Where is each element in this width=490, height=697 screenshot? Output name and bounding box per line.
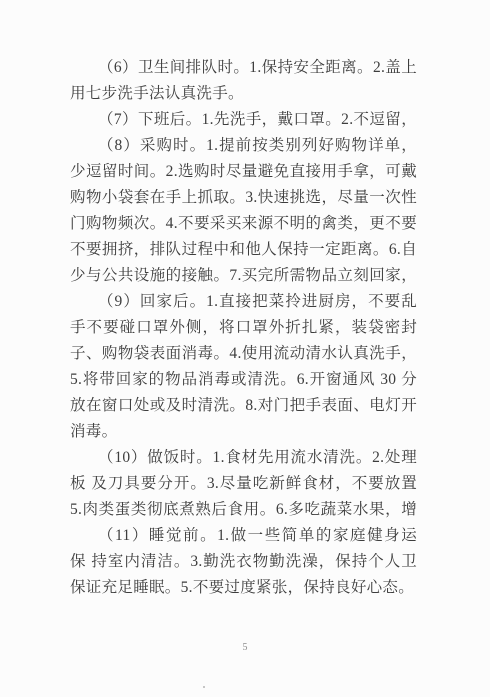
text-line: 5.肉类蛋类彻底煮熟后食用。6.多吃蔬菜水果，增加营养。 [70, 497, 417, 523]
text-line: 放在窗口处或及时清洗。8.对门把手表面、电灯开关、手机、钥匙等 [70, 393, 417, 419]
scan-artifact-speck [203, 686, 205, 688]
paragraph-item-11: （11）睡觉前。1.做一些简单的家庭健身运动。2.勤打扫卫生， 保 持室内清洁。… [70, 523, 417, 601]
text-line: （7）下班后。1.先洗手，戴口罩。2.不逗留，不聚会。 [70, 107, 417, 133]
document-page: （6）卫生间排队时。1.保持安全距离。2.盖上马桶盖再冲水。3. 用七步洗手法认… [0, 0, 490, 697]
text-line: 少与公共设施的接触。7.买完所需物品立刻回家，不逗留。 [70, 263, 417, 289]
paragraph-item-10: （10）做饭时。1.食材先用流水清洗。2.处理生食和熟食的切菜 板 及刀具要分开… [70, 445, 417, 523]
paragraph-item-8: （8）采购时。1.提前按类别列好购物详单，以便精准选购，减 少逗留时间。2.选购… [70, 133, 417, 289]
text-line: 不要拥挤，排队过程中和他人保持一定距离。6.自备购物袋，尽量减 [70, 237, 417, 263]
text-line: 少逗留时间。2.选购时尽量避免直接用手拿，可戴手套，或将超市的 [70, 159, 417, 185]
paragraph-item-6: （6）卫生间排队时。1.保持安全距离。2.盖上马桶盖再冲水。3. 用七步洗手法认… [70, 55, 417, 107]
document-text-block: （6）卫生间排队时。1.保持安全距离。2.盖上马桶盖再冲水。3. 用七步洗手法认… [70, 55, 417, 601]
text-line: 门购物频次。4.不要采买来源不明的禽类，更不要吃野味。5.结账时 [70, 211, 417, 237]
text-line: 保 持室内清洁。3.勤洗衣物勤洗澡，保持个人卫生。4.不要熬夜， [70, 549, 417, 575]
text-line: （9）回家后。1.直接把菜拎进厨房，不要乱放。2.摘掉口罩， [70, 289, 417, 315]
text-line: 子、购物袋表面消毒。4.使用流动清水认真洗手，并注意水龙头清洁。 [70, 341, 417, 367]
text-line: （6）卫生间排队时。1.保持安全距离。2.盖上马桶盖再冲水。3. [70, 55, 417, 81]
text-line: （10）做饭时。1.食材先用流水清洗。2.处理生食和熟食的切菜 [70, 445, 417, 471]
text-line: （8）采购时。1.提前按类别列好购物详单，以便精准选购，减 [70, 133, 417, 159]
text-line: （11）睡觉前。1.做一些简单的家庭健身运动。2.勤打扫卫生， [70, 523, 417, 549]
text-line: 手不要碰口罩外侧，将口罩外折扎紧，装袋密封丢弃。3.对外套、鞋 [70, 315, 417, 341]
page-number: 5 [0, 642, 490, 653]
paragraph-item-7: （7）下班后。1.先洗手，戴口罩。2.不逗留，不聚会。 [70, 107, 417, 133]
text-line: 消毒。 [70, 419, 417, 445]
text-line: 5.将带回家的物品消毒或清洗。6.开窗通风 30 分钟。7.将外套消毒 [70, 367, 417, 393]
text-line: 板 及刀具要分开。3.尽量吃新鲜食材，不要放置太久。4.不要生食。 [70, 471, 417, 497]
text-line: 用七步洗手法认真洗手。 [70, 81, 417, 107]
text-line: 保证充足睡眠。5.不要过度紧张，保持良好心态。 [70, 575, 417, 601]
text-line: 购物小袋套在手上抓取。3.快速挑选，尽量一次性购买齐全，减少出 [70, 185, 417, 211]
paragraph-item-9: （9）回家后。1.直接把菜拎进厨房，不要乱放。2.摘掉口罩， 手不要碰口罩外侧，… [70, 289, 417, 445]
